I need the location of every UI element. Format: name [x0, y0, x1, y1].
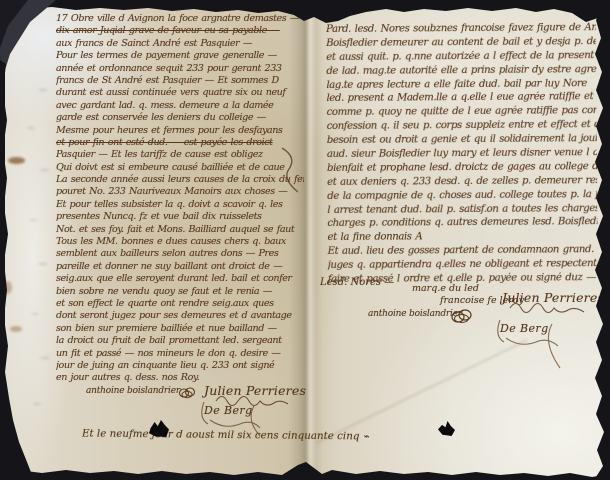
signature-julien-perrieres-left: Julien Perrieres — [204, 383, 306, 398]
manuscript-line: Pasquier — Et les tariffz de cause est o… — [56, 149, 304, 161]
signature-julien-perrieres-right: Julien Perrieres — [502, 290, 604, 305]
manuscript-line: pareille et donner ne suy baillant ont d… — [56, 261, 304, 273]
manuscript-line: Not. et ses foy. fait et Mons. Bailliard… — [56, 224, 304, 236]
manuscript-line: La seconde année aussi leurs causes de l… — [56, 174, 304, 186]
manuscript-photo: 17 Obre ville d Avignon la foce argnatre… — [0, 0, 610, 480]
manuscript-line: Mesme pour heures et fermes pour les des… — [56, 125, 304, 137]
manuscript-line: pouret No. 233 Nauriveaux Manoirs aux ch… — [56, 186, 304, 198]
manuscript-line: un fit et passé — nos mineurs le don q. … — [56, 348, 304, 360]
signature-witness-left: anthoine boislandrier — [86, 386, 180, 396]
right-page-text: Pard. lesd. Nores soubznes francoise fav… — [326, 22, 598, 288]
closing-notaries: Lesd. Nores — — [320, 277, 394, 288]
manuscript-line: année et ordonnance sequit 233 pour gera… — [56, 63, 304, 75]
manuscript-line: Pour les termes de payement grave genera… — [56, 50, 304, 62]
manuscript-line: garde est conservée les deniers du colle… — [56, 112, 304, 124]
manuscript-line: 17 Obre ville d Avignon la foce argnatre… — [56, 13, 304, 25]
manuscript-line: francs de St André est Pasquier — Et som… — [56, 75, 304, 87]
manuscript-line: Tous les MM. bonnes e dues causes chers … — [56, 236, 304, 248]
manuscript-line: aux francs de Sainct André est Pasquier … — [56, 38, 304, 50]
manuscript-line: et pour fin ont esté dud. — est payée le… — [56, 137, 304, 149]
manuscript-line: avec gardant lad. q. mess. demeure a la … — [56, 100, 304, 112]
manuscript-line: presentes Nuncq. fz et vue bail dix ruis… — [56, 211, 304, 223]
paper-stain — [10, 326, 22, 332]
left-page-text: 17 Obre ville d Avignon la foce argnatre… — [56, 13, 304, 385]
manuscript-line: durant est aussi continuée vers quatre s… — [56, 87, 304, 99]
ink-bleedthrough-marks — [9, 52, 59, 464]
manuscript-line: seig.aux que elle seroyent durant led. b… — [56, 273, 304, 285]
manuscript-line: bien sobre ne vendu quoy se faut et le r… — [56, 286, 304, 298]
signature-paraph-deberg-right: De Berg — [500, 322, 549, 335]
manuscript-line: semblent aux bailleurs selon autres dons… — [56, 248, 304, 260]
manuscript-line: la droict ou fruit de bail promettant le… — [56, 335, 304, 347]
manuscript-line: jour de juing an cinquante lieu q. 233 o… — [56, 360, 304, 372]
manuscript-line: dont seront jugez pour ses demeures et d… — [56, 310, 304, 322]
manuscript-line: dix amor Juqial grave de faveur eu sa pa… — [56, 25, 304, 37]
manuscript-line: Et pour telles subsister la q. doivt a s… — [56, 199, 304, 211]
addendum-text: Et le neufme jour d aoust mil six cens c… — [82, 427, 369, 442]
closing-marque: marq.e du led — [412, 283, 479, 294]
addendum-date-line: Et le neufme jour d aoust mil six cens c… — [82, 424, 369, 443]
manuscript-line: Qui doivt est si embeure causé bailliée … — [56, 162, 304, 174]
manuscript-line: son bien sur premiere bailliée et nue ba… — [56, 323, 304, 335]
signature-witness-right: anthoine boislandrier — [368, 309, 462, 319]
paper-stain — [3, 281, 12, 294]
paper-stain — [8, 157, 25, 164]
manuscript-line: et son effect le quarte ont rendre seig.… — [56, 298, 304, 310]
signature-paraph-deberg-left: De Berg — [204, 404, 253, 417]
